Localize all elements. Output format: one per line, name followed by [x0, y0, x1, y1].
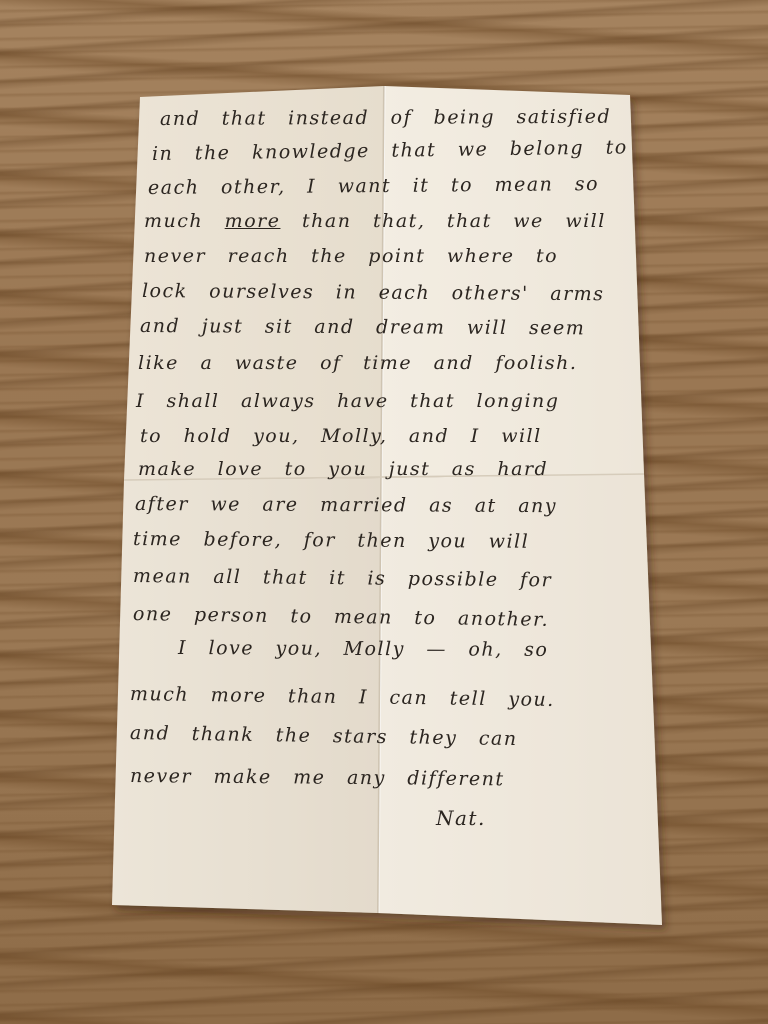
letter-line: never reach the point where to	[144, 245, 558, 267]
underlined-word: more	[225, 210, 281, 232]
letter-line: to hold you, Molly, and I will	[140, 425, 542, 447]
letter-line: time before, for then you will	[133, 528, 529, 553]
letter-line: after we are married as at any	[135, 493, 557, 517]
letter-text: and that instead of being satisfied in t…	[0, 0, 768, 1024]
letter-line: like a waste of time and foolish.	[138, 352, 577, 374]
letter-line: much more than that, that we will	[144, 210, 606, 232]
letter-line-start: much	[144, 210, 225, 232]
letter-line: each other, I want it to mean so	[148, 173, 599, 199]
folded-letter: and that instead of being satisfied in t…	[0, 0, 768, 1024]
letter-line: never make me any different	[130, 765, 505, 790]
letter-line: and that instead of being satisfied	[160, 106, 611, 130]
letter-line: one person to mean to another.	[133, 603, 549, 631]
letter-line: mean all that it is possible for	[133, 565, 552, 591]
letter-line: I shall always have that longing	[136, 390, 559, 412]
letter-line: much more than I can tell you.	[130, 683, 555, 711]
letter-line-end: than that, that we will	[280, 210, 605, 232]
letter-line: I love you, Molly — oh, so	[178, 637, 548, 661]
letter-line: and just sit and dream will seem	[140, 315, 585, 339]
letter-line: make love to you just as hard	[138, 458, 548, 480]
letter-line: lock ourselves in each others' arms	[142, 280, 605, 305]
signature: Nat.	[436, 806, 486, 830]
letter-line: in the knowledge that we belong to	[152, 136, 628, 165]
letter-line: and thank the stars they can	[130, 722, 518, 750]
